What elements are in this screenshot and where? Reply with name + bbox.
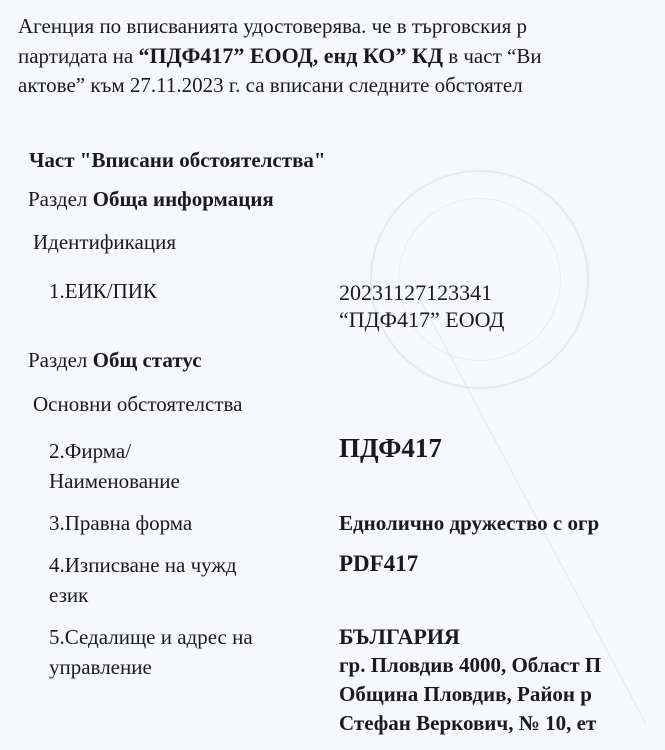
field-value-legal-form: Еднолично дружество с огр — [339, 509, 599, 538]
field-value-firm-name: ПДФ417 — [339, 433, 442, 464]
eik-number: 20231127123341 — [339, 279, 504, 306]
intro-line-2: партидата на “ПДФ417” ЕООД, енд КО” КД в… — [18, 41, 665, 71]
subsection-main-circumstances: Основни обстоятелства — [33, 392, 242, 417]
address-line-1: гр. Пловдив 4000, Област П — [339, 651, 601, 680]
intro-line-1: Агенция по вписванията удостоверява. че … — [18, 12, 665, 41]
address-country: БЪЛГАРИЯ — [339, 622, 601, 651]
field-label-firm-name: 2.Фирма/ Наименование — [49, 436, 319, 496]
registry-certificate-page: Агенция по вписванията удостоверява. че … — [0, 0, 665, 750]
section-general-status: Раздел Общ статус — [28, 348, 202, 373]
field-label-foreign-spelling: 4.Изписване на чужд език — [49, 550, 319, 610]
field-value-foreign-spelling: PDF417 — [339, 549, 418, 578]
subsection-identification: Идентификация — [33, 230, 176, 255]
intro-paragraph: Агенция по вписванията удостоверява. че … — [18, 12, 665, 100]
field-value-seat-address: БЪЛГАРИЯ гр. Пловдив 4000, Област П Общи… — [339, 622, 601, 738]
address-line-3: Стефан Веркович, № 10, ет — [339, 709, 601, 738]
part-title: Част "Вписани обстоятелства" — [29, 148, 326, 173]
intro-line-3: актове” към 27.11.2023 г. са вписани сле… — [18, 71, 665, 100]
company-name-bold: “ПДФ417” ЕООД, енд КО” КД — [138, 43, 442, 68]
field-label-eik: 1.ЕИК/ПИК — [49, 276, 319, 306]
field-label-legal-form: 3.Правна форма — [49, 508, 319, 538]
field-label-seat-address: 5.Седалище и адрес на управление — [49, 622, 319, 682]
eik-company-name: “ПДФ417” ЕООД — [339, 306, 504, 333]
section-general-info: Раздел Обща информация — [28, 187, 274, 212]
address-line-2: Община Пловдив, Район р — [339, 680, 601, 709]
field-value-eik: 20231127123341 “ПДФ417” ЕООД — [339, 279, 504, 333]
